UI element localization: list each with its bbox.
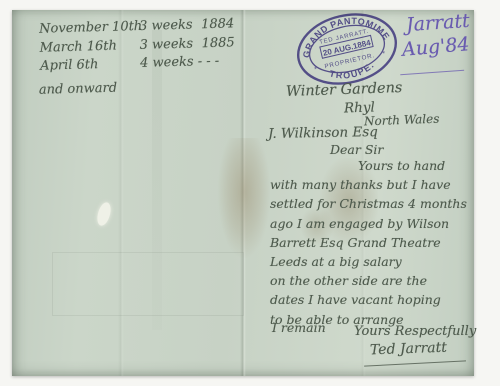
schedule-duration: 3 weeks bbox=[139, 35, 201, 55]
annotation-name: Jarratt bbox=[405, 10, 470, 36]
letter-body-line: settled for Christmas 4 months bbox=[270, 194, 480, 213]
center-fold-crease bbox=[240, 10, 246, 376]
stamp-star-right: * bbox=[382, 51, 386, 58]
schedule-note: and onward bbox=[39, 76, 237, 99]
letter-body-line: Yours to hand bbox=[270, 156, 480, 175]
letter-signature: Ted Jarratt bbox=[370, 340, 447, 359]
annotation-underline bbox=[400, 64, 464, 75]
paper-scratch bbox=[95, 201, 113, 227]
letter-body-line: Leeds at a big salary bbox=[270, 252, 480, 271]
schedule-duration: 4 weeks - - - bbox=[140, 53, 202, 73]
letter-body-line: on the other side are the bbox=[270, 271, 480, 290]
schedule-year: 1885 bbox=[201, 34, 235, 53]
booking-schedule: November 10th 3 weeks 1884 March 16th 3 … bbox=[39, 15, 236, 99]
letter-body-line: Barrett Esq Grand Theatre bbox=[270, 233, 480, 252]
signature-flourish bbox=[364, 358, 466, 366]
letter-closing: I remain Yours Respectfully bbox=[272, 320, 326, 335]
letter-salutation: Dear Sir bbox=[330, 142, 383, 157]
scanned-letter-page: November 10th 3 weeks 1884 March 16th 3 … bbox=[12, 10, 474, 376]
schedule-date: April 6th bbox=[40, 55, 140, 76]
annotation-date: Aug'84 bbox=[401, 33, 470, 61]
letter-recipient: J. Wilkinson Esq bbox=[268, 124, 378, 142]
letter-body-line: ago I am engaged by Wilson bbox=[270, 214, 480, 233]
letter-body-line: dates I have vacant hoping bbox=[270, 290, 480, 309]
show-through-impression bbox=[52, 252, 244, 316]
letter-body-line: with many thanks but I have bbox=[270, 175, 480, 194]
letter-address-venue: Winter Gardens bbox=[286, 80, 403, 100]
closing-i-remain: I remain bbox=[272, 320, 326, 335]
schedule-duration: 3 weeks bbox=[139, 16, 201, 36]
closing-respectfully: Yours Respectfully bbox=[354, 324, 476, 339]
letter-body: Yours to hand with many thanks but I hav… bbox=[270, 156, 480, 329]
schedule-year: 1884 bbox=[201, 15, 235, 34]
